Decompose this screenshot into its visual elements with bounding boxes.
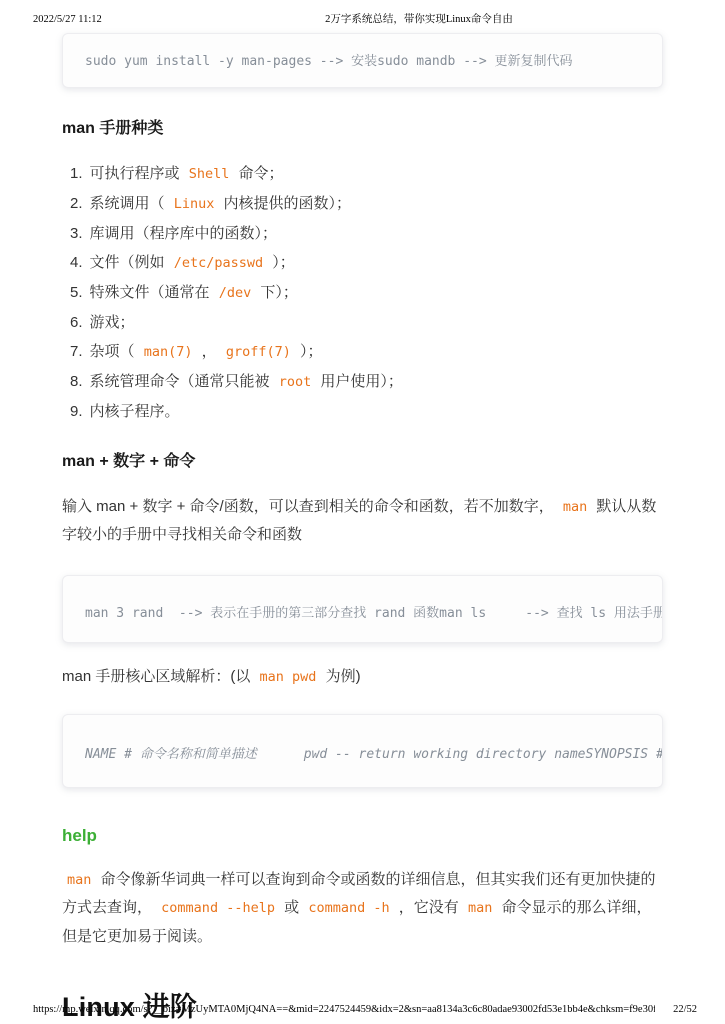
text-run: 命令；	[234, 165, 283, 182]
text-run: ）；	[296, 343, 323, 360]
inline-code: man	[558, 499, 592, 515]
inline-code: root	[274, 374, 317, 390]
list-item-text: 库调用（程序库中的函数）；	[90, 225, 278, 242]
print-page-indicator: 22/52	[673, 1004, 697, 1015]
list-item-text: 内核子程序。	[90, 403, 180, 420]
print-source-url: https://mp.weixin.qq.com/s?__biz=MzUyMTA…	[33, 1004, 655, 1015]
list-item: 4.文件（例如 /etc/passwd ）；	[70, 254, 663, 273]
list-item-text: 游戏；	[90, 314, 135, 331]
list-item-number: 5.	[70, 284, 83, 301]
text-run: ）；	[268, 254, 295, 271]
inline-code: groff(7)	[221, 344, 296, 360]
inline-code: Linux	[169, 196, 220, 212]
code-block-manpage-sample: NAME # 命令名称和简单描述 pwd -- return working d…	[62, 714, 663, 788]
list-item-number: 1.	[70, 165, 83, 182]
list-item-number: 6.	[70, 314, 83, 331]
list-item: 3.库调用（程序库中的函数）；	[70, 225, 663, 243]
inline-code: /dev	[214, 285, 257, 301]
text-run: ，它没有	[395, 899, 463, 916]
text-run: 系统管理命令（通常只能被	[90, 373, 274, 390]
heading-man-number-command: man + 数字 + 命令	[62, 452, 663, 472]
text-run: 特殊文件（通常在	[90, 284, 214, 301]
list-item-number: 9.	[70, 403, 83, 420]
list-item: 7.杂项（ man(7) ， groff(7) ）；	[70, 343, 663, 362]
text-run: 系统调用（	[90, 195, 169, 212]
text-run: 用户使用）；	[316, 373, 403, 390]
inline-code: command --help	[156, 900, 280, 916]
text-run: 游戏；	[90, 314, 135, 331]
list-item-number: 2.	[70, 195, 83, 212]
inline-code: /etc/passwd	[169, 255, 268, 271]
list-item-number: 8.	[70, 373, 83, 390]
text-run: 文件（例如	[90, 254, 169, 271]
inline-code: Shell	[184, 166, 235, 182]
print-footer: https://mp.weixin.qq.com/s?__biz=MzUyMTA…	[33, 1004, 697, 1015]
list-item: 5.特殊文件（通常在 /dev 下）；	[70, 284, 663, 303]
inline-code: man pwd	[255, 669, 322, 685]
print-header: 2022/5/27 11:12 2万字系统总结，带你实现Linux命令自由	[33, 11, 695, 26]
list-item: 6.游戏；	[70, 314, 663, 332]
inline-code: command -h	[303, 900, 394, 916]
inline-code: man	[463, 900, 497, 916]
code-block-man3rand: man 3 rand --> 表示在手册的第三部分查找 rand 函数man l…	[62, 575, 663, 643]
text-run: ，	[197, 343, 220, 360]
text-run: 内核提供的函数）；	[219, 195, 351, 212]
inline-code: man	[62, 872, 96, 888]
list-item-text: 系统调用（ Linux 内核提供的函数）；	[90, 195, 351, 212]
printed-article-page: { "colors":{ "inline-code-orange":"#e874…	[0, 0, 725, 1024]
text-run: 杂项（	[90, 343, 139, 360]
text-run: 可执行程序或	[90, 165, 184, 182]
text-run: 下）；	[256, 284, 298, 301]
heading-help: help	[62, 825, 663, 846]
list-item-number: 3.	[70, 225, 83, 242]
text-run: 输入 man + 数字 + 命令/函数，可以查到相关的命令和函数，若不加数字，	[62, 498, 558, 515]
list-item: 2.系统调用（ Linux 内核提供的函数）；	[70, 195, 663, 214]
print-document-title: 2万字系统总结，带你实现Linux命令自由	[325, 11, 513, 26]
list-item: 8.系统管理命令（通常只能被 root 用户使用）；	[70, 373, 663, 392]
list-item: 1.可执行程序或 Shell 命令；	[70, 165, 663, 184]
inline-code: man(7)	[139, 344, 198, 360]
text-run: man 手册核心区域解析：(以	[62, 668, 255, 685]
paragraph-core-area: man 手册核心区域解析：(以 man pwd 为例)	[62, 663, 663, 691]
man-manual-types-list: 1.可执行程序或 Shell 命令； 2.系统调用（ Linux 内核提供的函数…	[70, 165, 663, 421]
list-item: 9.内核子程序。	[70, 403, 663, 421]
list-item-number: 7.	[70, 343, 83, 360]
print-datetime: 2022/5/27 11:12	[33, 14, 102, 25]
list-item-text: 可执行程序或 Shell 命令；	[90, 165, 284, 182]
paragraph-man-number: 输入 man + 数字 + 命令/函数，可以查到相关的命令和函数，若不加数字， …	[62, 493, 663, 548]
paragraph-help: man 命令像新华词典一样可以查询到命令或函数的详细信息，但其实我们还有更加快捷…	[62, 866, 663, 951]
list-item-text: 系统管理命令（通常只能被 root 用户使用）；	[90, 373, 403, 390]
list-item-text: 杂项（ man(7) ， groff(7) ）；	[90, 343, 323, 360]
list-item-number: 4.	[70, 254, 83, 271]
heading-man-manual-types: man 手册种类	[62, 119, 663, 139]
code-block-install-man-pages: sudo yum install -y man-pages --> 安装sudo…	[62, 33, 663, 88]
text-run: 为例)	[321, 668, 360, 685]
text-run: 或	[280, 899, 303, 916]
text-run: 库调用（程序库中的函数）；	[90, 225, 278, 242]
list-item-text: 特殊文件（通常在 /dev 下）；	[90, 284, 298, 301]
text-run: 内核子程序。	[90, 403, 180, 420]
article-content: sudo yum install -y man-pages --> 安装sudo…	[62, 33, 663, 1024]
list-item-text: 文件（例如 /etc/passwd ）；	[90, 254, 295, 271]
